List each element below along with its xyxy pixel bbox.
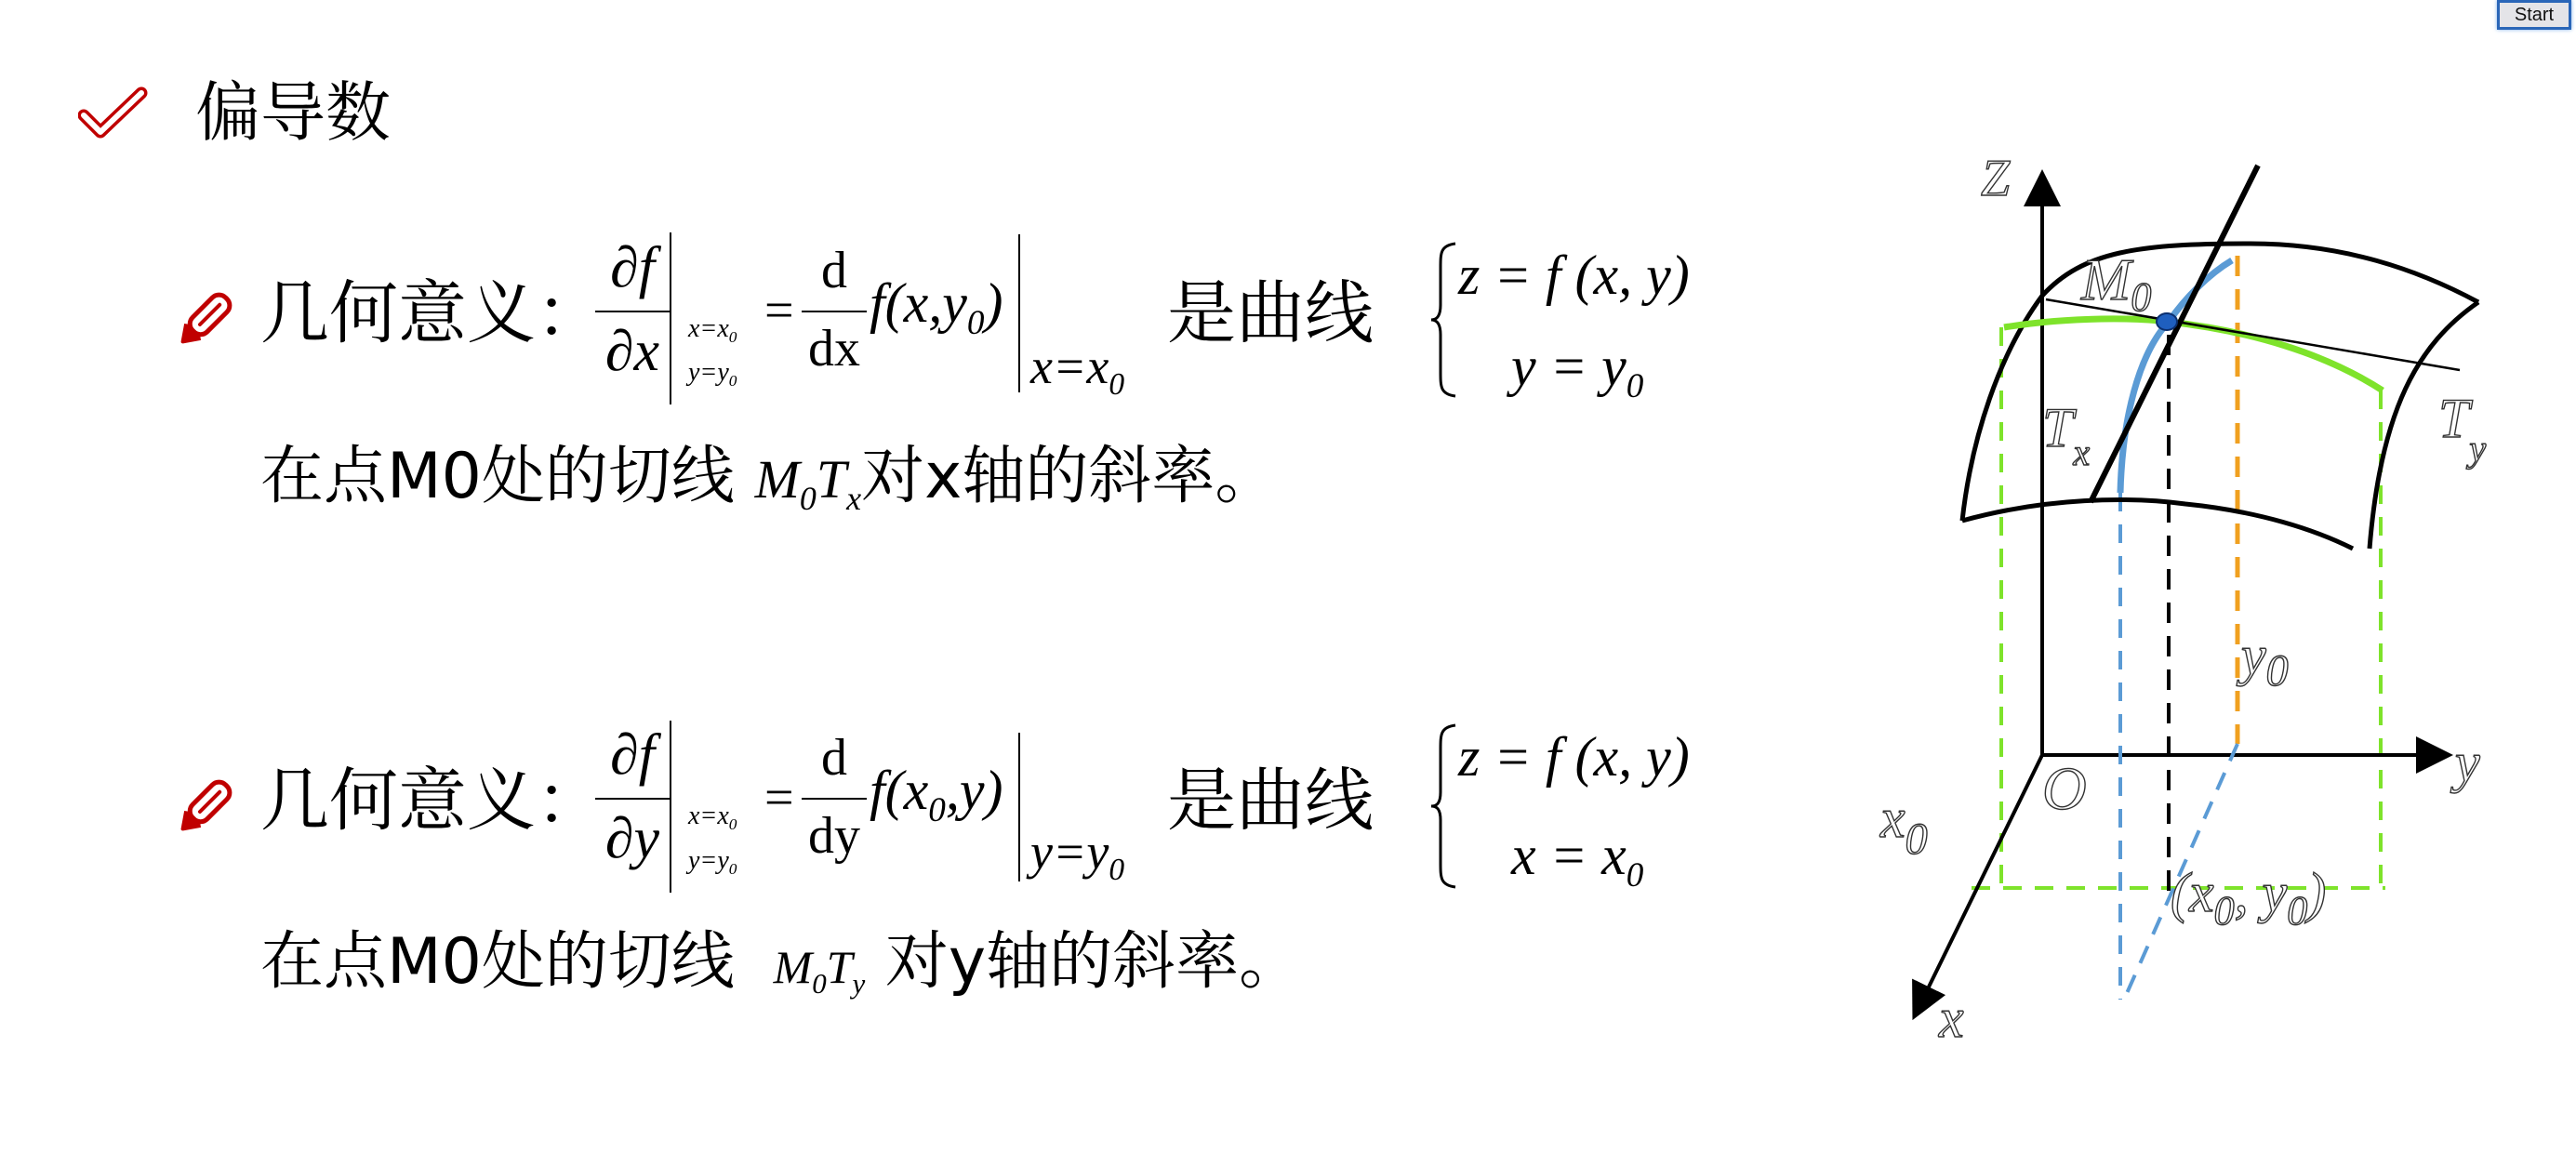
surface-patch bbox=[1962, 244, 2478, 549]
partial-derivative-diagram: Z M0 Tx Ty y0 y O x0 (x0, y0) x bbox=[0, 0, 2576, 1166]
x-axis-label: x bbox=[1938, 987, 1964, 1049]
ty-label: Ty bbox=[2438, 388, 2486, 470]
origin-label: O bbox=[2042, 755, 2087, 823]
curve-y-section bbox=[2004, 319, 2383, 391]
tx-label: Tx bbox=[2042, 397, 2090, 473]
z-axis-label: Z bbox=[1981, 150, 2011, 207]
projection-point-label: (x0, y0) bbox=[2171, 862, 2326, 934]
green-projection-dashes bbox=[1972, 327, 2385, 888]
y0-label: y0 bbox=[2236, 625, 2289, 696]
m0-label: M0 bbox=[2080, 246, 2151, 320]
x0-label: x0 bbox=[1879, 788, 1928, 864]
point-m0 bbox=[2157, 313, 2177, 330]
y-axis-label: y bbox=[2450, 732, 2480, 793]
x-axis bbox=[1916, 755, 2042, 1014]
